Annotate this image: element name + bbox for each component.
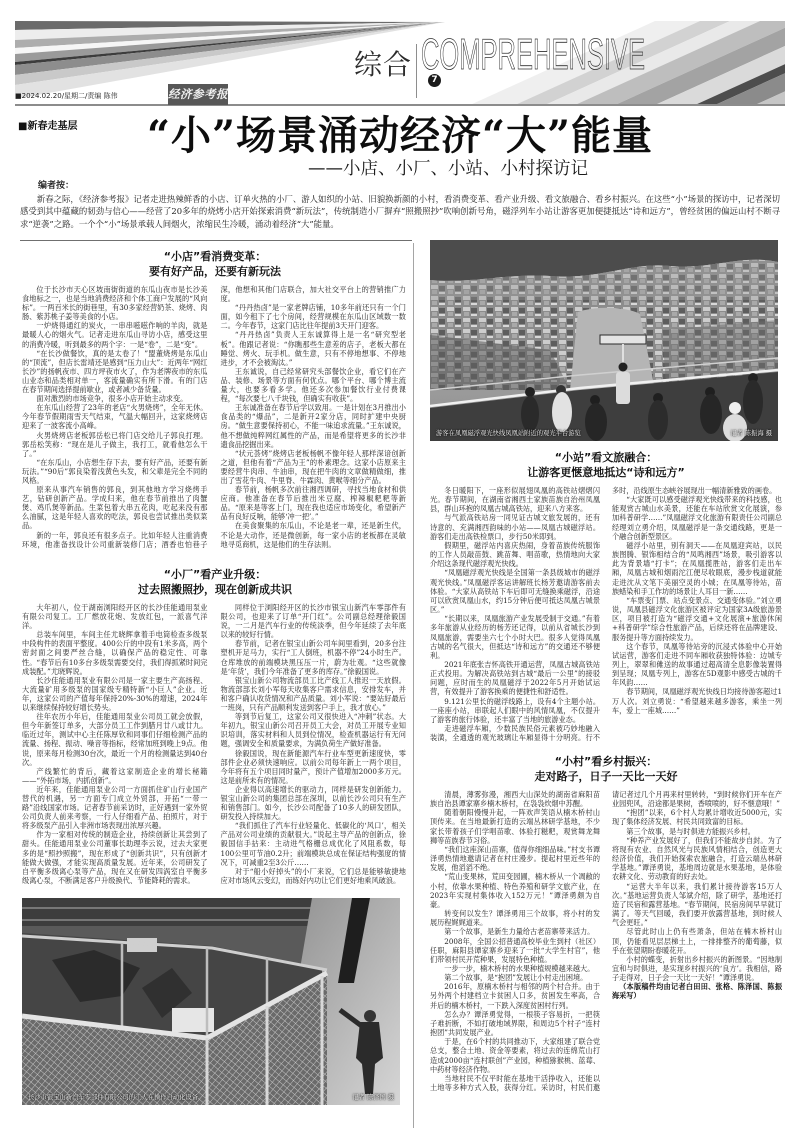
article-paragraph: 银宝山新公司物流部员工比产线工人推迟一天放假。物流部部长刘小军每天收集客户需求信… [221,676,407,712]
article-paragraph: 冬日暖阳下，一座形似展翅凤凰的高铁站熠熠闪光。春节期间，在湖南省湘西土家族苗族自… [430,486,600,513]
article-paragraph: 磁浮小站里，别有洞天——在凤凰迎宾站，以民族图腾、银饰相结合的“凤鸣湘西”场景，… [612,541,782,596]
town-photo-image [430,240,778,441]
article-paragraph: 长沙佳能通用泵业有限公司是一家主要生产高扬程、大流量矿用多级泵的国家级专精特新“… [22,676,208,712]
column-divider [413,243,414,1128]
photo-credit: 记者 陈泽国 摄 [352,1094,394,1102]
section-heading-xiaodian: “小店”看消费变革： 要有好产品，还要有新玩法 [20,250,410,279]
article-paragraph: 面对激烈的市场竞争，很多小店开始主动求变。 [22,394,208,403]
article-body-xiaodian: 位于长沙市天心区坡南街街道的东瓜山夜市是长沙美食地标之一，也是当地消费经济和个体… [22,285,406,558]
article-paragraph: “状元荟烤”烧烤店老板杨帆不像年轻人那样深谙创新之道，但他有着“产品为王”的朴素… [221,449,407,485]
article-paragraph: 一炉烧得通红的炭火，一串串嗞嗞作响的羊肉，就是最暖人心的烟火气。记者走进东瓜山寻… [22,321,208,348]
photo-credit: 记者 陈振海 摄 [730,430,772,438]
article-paragraph: 假期里，磁浮站内喜庆热闹，身着苗族传统服饰的工作人员敲苗鼓、跳苗舞、唱苗歌，热情… [430,541,600,568]
photo-caption: 长沙市银宝山新汽车零部件有限公司的工人在操作自动化设备 [28,1094,198,1102]
article-paragraph: 第二个故事，是“抱团”发展让小村走出困境。 [430,973,600,982]
photo-factory: 长沙市银宝山新汽车零部件有限公司的工人在操作自动化设备 记者 陈泽国 摄 [22,898,400,1105]
article-paragraph: 火男烧烤店老板郭岳松已将门店交给儿子郭良打理。郭岳松笑称：“现在是儿子做主，我打… [22,431,208,458]
article-paragraph: 尽管此时山上仍有些萧条，但站在楠木桥村山顶，仍能看见层层梯土上，一排排整齐的葡萄… [612,927,782,954]
article-paragraph: “我们这座深山苗寨，值得你细细品味。”村支书谭泽勇热情地邀请记者在村庄漫步。提起… [430,845,600,872]
article-paragraph: 转变何以发生？谭泽勇用三个故事，将小村的发展历程娓娓道来。 [430,909,600,927]
article-paragraph: “荒山变果林，荒田变园圃，楠木桥从一个凋敝的小村，依靠水果种植、特色养殖和研学文… [430,872,600,909]
factory-photo-image [22,898,400,1105]
photo-fenghuang-town: 游客在凤凰磁浮观光快线凤凰站附近的观光平台游览 记者 陈振海 摄 [430,240,778,441]
horizontal-divider [20,240,412,241]
article-body-xiaochang: 大年初八，位于湖南浏阳经开区的长沙佳能通用泵业有限公司复工。工厂燃放花炮、发放红… [22,603,406,895]
article-paragraph: 随着朝阳慢慢升起，一阵欢声笑语从楠木桥村山顶传来。在当地最新打造的云端丛林研学基… [430,808,600,845]
article-paragraph: 在东瓜山经营了23年的老店“火男烧烤”，全年无休。今年春节假期雨雪天气结束，气温… [22,403,208,430]
article-paragraph: 王东诚说，自己经常研究头部餐饮企业，看它们在产品、装修、场景等方面有何优点。哪个… [221,367,407,403]
article-paragraph: “丹丹热卤”是一家老牌店铺，10多年前还只有一个门面，如今租下了七个房间，经营规… [221,303,407,330]
article-paragraph: 近年来，佳能通用泵业公司一方面抓住矿山行业国产替代的机遇，另一方面专门成立外贸部… [22,785,208,830]
article-paragraph: 原来从事汽车销售的郭良，到其他地方学习烧烤手艺，钻研创新产品。学成归来，他在春节… [22,485,208,530]
article-paragraph: 位于长沙市天心区坡南街街道的东瓜山夜市是长沙美食地标之一，也是当地消费经济和个体… [22,285,208,321]
article-paragraph: 作为一家相对传统的制造企业，持续创新让其尝到了甜头。佳能通用泵业公司董事长助理李… [22,830,208,885]
reporter-byline: （本版稿件均由记者白田田、张格、陈泽国、陈振海采写） [612,982,782,1000]
article-paragraph: 于是，在6个村的共同推动下，大家组建了联合党总支，整合土地、资金等要素，将过去的… [430,1037,600,1074]
article-paragraph: 对于“船小好掉头”的小厂来说，它们总是能够敏捷地应对市场风云变幻，而练好内功让它… [221,867,407,885]
banner-divider [416,44,417,98]
section-heading-xiaocun: “小村”看乡村振兴： 走对路子，日子一天比一天好 [430,755,782,784]
article-paragraph: “在长沙做餐饮，真的是太卷了！”盟董烧烤是东瓜山的“顶流”，但店长雷靖还是感到“… [22,349,208,394]
heading-line: 过去照搬照抄，现在创新成共识 [20,583,410,598]
article-paragraph: 春节前，记者在银宝山新公司车间里看到，20多台注塑机开足马力，实行“工人倒班，机… [221,639,407,675]
article-paragraph: 这个春节，凤凰等待站旁的沉浸式体验中心开始试运营，游客们走进不同车厢收获独特体验… [612,642,782,688]
article-paragraph: “运营大半年以来，我们累计接待游客15万人次。”基地运营负责人邹斌介绍，除了研学… [612,882,782,928]
article-paragraph: 9.121公里长的磁浮线路上，设有4个主题小站。一座座小站，串联起人们眼中的风情… [430,697,600,724]
banner-rule [15,104,785,106]
heading-line: 走对路子，日子一天比一天好 [430,770,782,785]
heading-line: “小村”看乡村振兴： [430,755,782,770]
article-paragraph: “在东瓜山，小店想生存下去，要有好产品，还要有新玩法。”“90后”郭良染着浅黄色… [22,458,208,485]
heading-line: 让游客更惬意地抵达“诗和远方” [430,466,782,481]
section-title: 综合 [354,49,412,81]
heading-line: “小站”看文旅融合： [430,451,782,466]
article-paragraph: “丹丹热卤”负责人王东诚算得上是一名“研究型老板”。他跟记者说：“你瞧那些生意差… [221,330,407,366]
article-paragraph: 怎么办？谭泽勇觉得，一根筷子容易折，一把筷子难折断，不如打破地域界限，和周边5个… [430,1010,600,1037]
article-paragraph: 春节前，杨帆多次前往湘西调研，寻找当地食材和供应商。他准备在春节后推出米豆腐、榨… [221,485,407,521]
heading-line: “小厂”看产业升级： [20,568,410,583]
article-paragraph: 2008年，全国公招普通高校毕业生到村（社区）任职，麻阳县谭家寨乡迎来了一批“大… [430,937,600,964]
article-paragraph: 产线繁忙的背后，藏着这家制造企业的增长秘籍——“外拓市场，内抓创新”。 [22,767,208,785]
article-paragraph: “种养产业发展好了，但我们不能故步自封。为了将现有农业、自然风光与民族风情相结合… [612,836,782,882]
article-paragraph: 2021年底张吉怀高铁开通运营，凤凰古城高铁站正式投用。为解决高铁站到古城“最后… [430,660,600,697]
article-paragraph: 第三个故事，是与时俱进方能振兴乡村。 [612,827,782,836]
masthead-logo: 经济参考报 [168,84,228,105]
article-paragraph: 清晨，薄雾弥漫，湘西大山深处的湖南省麻阳苗族自治县谭家寨乡楠木桥村，在袅袅炊烟中… [430,790,600,808]
article-paragraph: 等到节后复工，这家公司又很快进入“冲刺”状态。大年初九，银宝山新公司召开员工大会… [221,712,407,748]
article-paragraph: 总装车间里，车间主任尤晓辉拿着手电筒检查多级泵中段构件的表面平整度。400公斤的… [22,630,208,675]
article-paragraph: 徐毅国说，现在新能源汽车行业车型更新速度快，零部件企业必须快速响应。以前公司每年… [221,749,407,785]
page-number-badge: 7 [428,74,441,87]
section-heading-xiaozhan: “小站”看文旅融合： 让游客更惬意地抵达“诗和远方” [430,451,782,480]
article-paragraph: “长期以来，凤凰旅游产业发展受制于交通。”有着多年旅游从业经历的杨芳还记得，以前… [430,614,600,660]
article-paragraph: 春节期间，凤凰磁浮观光快线日均接待游客超过1万人次。刘立勇说：“希望越来越多游客… [612,687,782,714]
article-paragraph: 同样位于浏阳经开区的长沙市银宝山新汽车零部件有限公司，也迎来了订单“开门红”。公… [221,603,407,639]
main-headline: “小”场景涌动经济“大”能量 [0,113,800,159]
article-paragraph: “车票变门票、站点变景点、交通变体验。”刘立勇说，凤凰县磁浮文化旅游区被评定为国… [612,596,782,642]
article-paragraph: 第一个故事，是新生力量给古老苗寨带来活力。 [430,927,600,936]
article-paragraph: 小村的蝶变，折射出乡村振兴的新图景。“因地制宜和与时俱进，是实现乡村振兴的‘良方… [612,955,782,982]
article-paragraph: “抱团”以来，6个村人均累计增收近5000元，实现了集体经济发展、村民共同致富的… [612,808,782,826]
article-body-xiaozhan: 冬日暖阳下，一座形似展翅凤凰的高铁站熠熠闪光。春节期间，在湖南省湘西土家族苗族自… [430,486,782,748]
section-heading-xiaochang: “小厂”看产业升级： 过去照搬照抄，现在创新成共识 [20,568,410,597]
heading-line: 要有好产品，还要有新玩法 [20,265,410,280]
article-paragraph: 2016年，原楠木桥村与相邻的两个村合并。由于另外两个村建档立卡贫困人口多，贫困… [430,982,600,1009]
article-paragraph: 企业得以高速增长的驱动力，同样是研发创新能力。银宝山新公司的集团总部在深圳，以前… [221,785,407,821]
editor-note-label: 编者按： [38,181,74,192]
article-paragraph: 与气派高铁站房一同见证古城文旅发展的，还有诗意的、充满湘西韵味的小站——凤凰古城… [430,513,600,540]
article-body-xiaocun: 清晨，薄雾弥漫，湘西大山深处的湖南省麻阳苗族自治县谭家寨乡楠木桥村，在袅袅炊烟中… [430,790,782,1102]
article-paragraph: 大年初八，位于湖南浏阳经开区的长沙佳能通用泵业有限公司复工。工厂燃放花炮、发放红… [22,603,208,630]
sub-headline: ——小店、小厂、小站、小村探访记 [308,158,588,180]
article-paragraph: “凤凰磁浮观光快线是全国第一条县级城市的磁浮观光快线。”凤凰磁浮客运讲解班长杨芳… [430,568,600,614]
heading-line: “小店”看消费变革： [20,250,410,265]
article-paragraph: 王东诚准备在春节后学以致用。一是计划在3月推出小食品类的“爆品”，二是新开2家分… [221,403,407,448]
article-paragraph: 一步一步，楠木桥村的水果种植规模越来越大。 [430,964,600,973]
article-paragraph: 在美食聚集的东瓜山，不论是老一辈，还是新生代，不论是大动作，还是微创新，每一家小… [221,521,407,548]
dateline: ■2024.02.20/星期二/责编 陈伟 [15,92,118,101]
article-paragraph: “大家既可以感受磁浮观光快线带来的科技感，也能观赏古城山水美景，还能在车站欣赏文… [612,495,782,541]
article-paragraph: 往年农历小年后，佳能通用泵业公司员工就会放假，但今年新签订单多，大部分员工工作到… [22,712,208,767]
editor-note-text: 新春之际，《经济参考报》记者走进热辣鲜香的小店、订单火热的小厂、游人如织的小站、… [20,193,780,230]
photo-caption: 游客在凤凰磁浮观光快线凤凰站附近的观光平台游览 [436,430,581,438]
article-paragraph: “我们抓住了汽车行业轻量化、低碳化的‘风口’，相关产品对公司业绩的贡献很大。”说… [221,821,407,866]
section-title-english: COMPREHENSIVE [421,33,645,77]
